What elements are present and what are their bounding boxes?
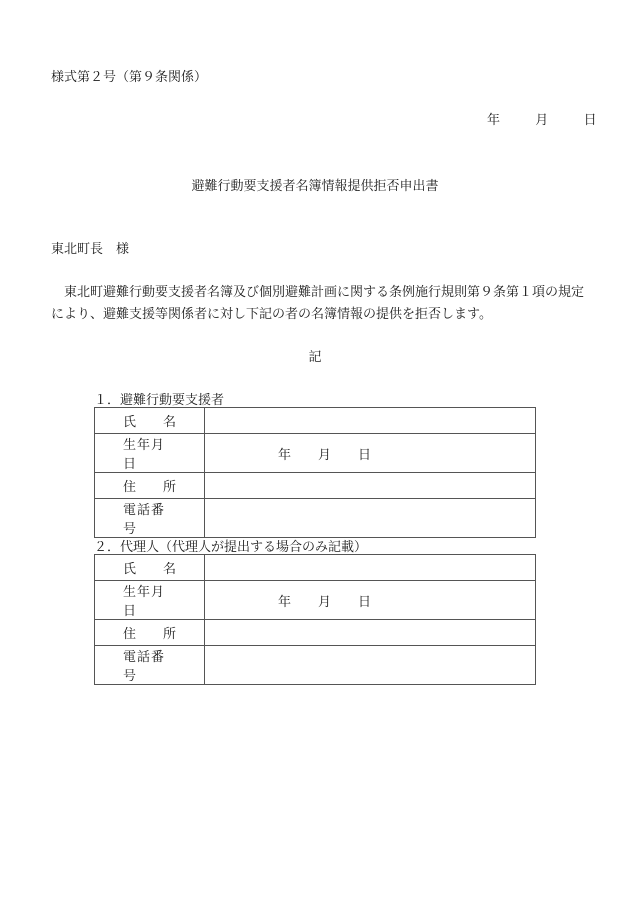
section-1-label: １．避難行動要支援者 [94, 389, 224, 408]
section-2-table: 氏名 生年月日 年月日 住所 電話番号 [94, 554, 536, 685]
row-label: 住 [123, 476, 136, 495]
phone-field[interactable] [205, 499, 536, 538]
table-row: 電話番号 [95, 499, 536, 538]
row-label: 電話番号 [123, 499, 176, 537]
row-label: 氏 [123, 411, 136, 430]
row-label: 電話番号 [123, 646, 176, 684]
submission-date: 年 月 日 [487, 109, 597, 128]
name-field[interactable] [205, 555, 536, 581]
body-paragraph: 東北町避難行動要支援者名簿及び個別避難計画に関する条例施行規則第９条第１項の規定… [51, 282, 591, 326]
table-row: 住所 [95, 620, 536, 646]
address-field[interactable] [205, 620, 536, 646]
birthdate-field[interactable]: 年月日 [205, 434, 536, 473]
date-year: 年 [487, 109, 500, 128]
address-field[interactable] [205, 473, 536, 499]
date-month: 月 [535, 109, 548, 128]
table-row: 住所 [95, 473, 536, 499]
phone-field[interactable] [205, 646, 536, 685]
table-row: 電話番号 [95, 646, 536, 685]
addressee: 東北町長 様 [51, 238, 129, 257]
table-row: 氏名 [95, 555, 536, 581]
form-number: 様式第２号（第９条関係） [51, 66, 207, 85]
table-row: 生年月日 年月日 [95, 434, 536, 473]
document-title: 避難行動要支援者名簿情報提供拒否申出書 [0, 175, 630, 194]
section-2-label: ２．代理人（代理人が提出する場合のみ記載） [94, 536, 367, 555]
name-field[interactable] [205, 408, 536, 434]
row-label: 生年月日 [123, 581, 176, 619]
section-1-table: 氏名 生年月日 年月日 住所 電話番号 [94, 407, 536, 538]
row-label: 生年月日 [123, 434, 176, 472]
birthdate-field[interactable]: 年月日 [205, 581, 536, 620]
ki-heading: 記 [0, 346, 630, 365]
table-row: 生年月日 年月日 [95, 581, 536, 620]
table-row: 氏名 [95, 408, 536, 434]
date-day: 日 [584, 109, 597, 128]
row-label: 住 [123, 623, 136, 642]
row-label: 氏 [123, 558, 136, 577]
